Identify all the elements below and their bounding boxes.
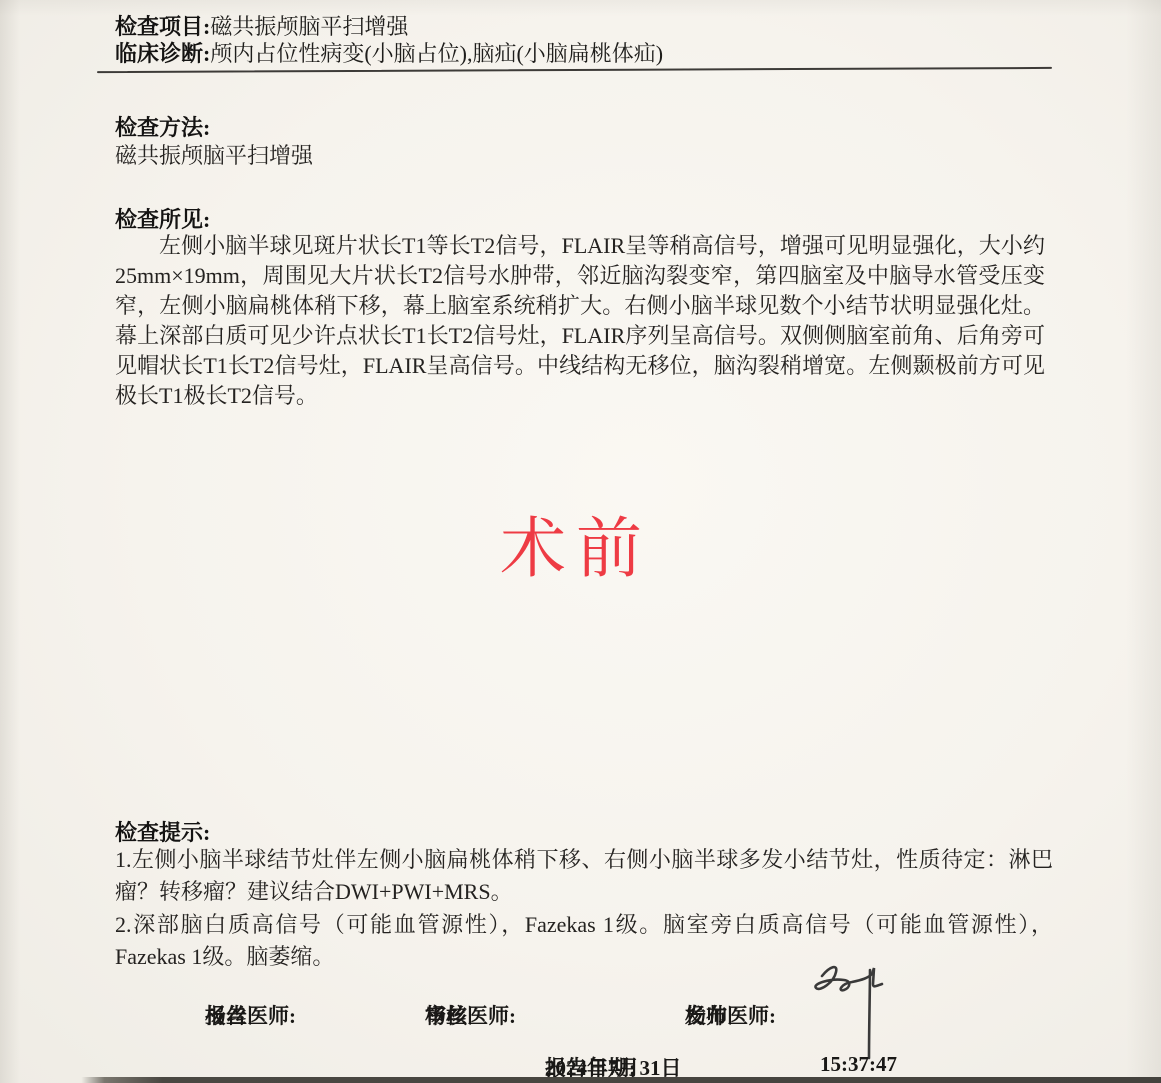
preoperative-stamp: 术前 [500,495,652,590]
header-divider-line [97,67,1052,73]
findings-body: 左侧小脑半球见斑片状长T1等长T2信号，FLAIR呈等稍高信号，增强可见明显强化… [115,231,1045,411]
publish-doctor-name: 杨帅 [685,1000,727,1030]
impression-item-1: 1.左侧小脑半球结节灶伴左侧小脑扁桃体稍下移、右侧小脑半球多发小结节灶，性质待定… [115,844,1053,908]
impression-heading: 检查提示: [115,816,210,847]
handwritten-signature-icon [800,958,900,1063]
scan-bottom-edge [0,1077,1161,1083]
review-doctor-name: 杨丝 [425,1000,467,1030]
exam-item-label: 检查项目: [115,14,210,39]
report-time: 15:37:47 [820,1052,897,1077]
clinical-diagnosis-label: 临床诊断: [115,41,210,66]
medical-report-page: 检查项目:磁共振颅脑平扫增强 临床诊断:颅内占位性病变(小脑占位),脑疝(小脑扁… [0,0,1161,1083]
findings-heading: 检查所见: [115,203,210,234]
exam-item-line: 检查项目:磁共振颅脑平扫增强 [115,13,663,40]
report-doctor-name: 杨丝 [205,1000,247,1030]
impression-item-2: 2.深部脑白质高信号（可能血管源性），Fazekas 1级。脑室旁白质高信号（可… [115,909,1053,973]
clinical-diagnosis-value: 颅内占位性病变(小脑占位),脑疝(小脑扁桃体疝) [210,41,663,66]
report-header: 检查项目:磁共振颅脑平扫增强 临床诊断:颅内占位性病变(小脑占位),脑疝(小脑扁… [115,13,663,67]
impression-list: 1.左侧小脑半球结节灶伴左侧小脑扁桃体稍下移、右侧小脑半球多发小结节灶，性质待定… [115,844,1053,974]
clinical-diagnosis-line: 临床诊断:颅内占位性病变(小脑占位),脑疝(小脑扁桃体疝) [115,40,663,67]
method-heading: 检查方法: [115,111,210,142]
method-body: 磁共振颅脑平扫增强 [115,139,313,170]
exam-item-value: 磁共振颅脑平扫增强 [210,14,408,39]
